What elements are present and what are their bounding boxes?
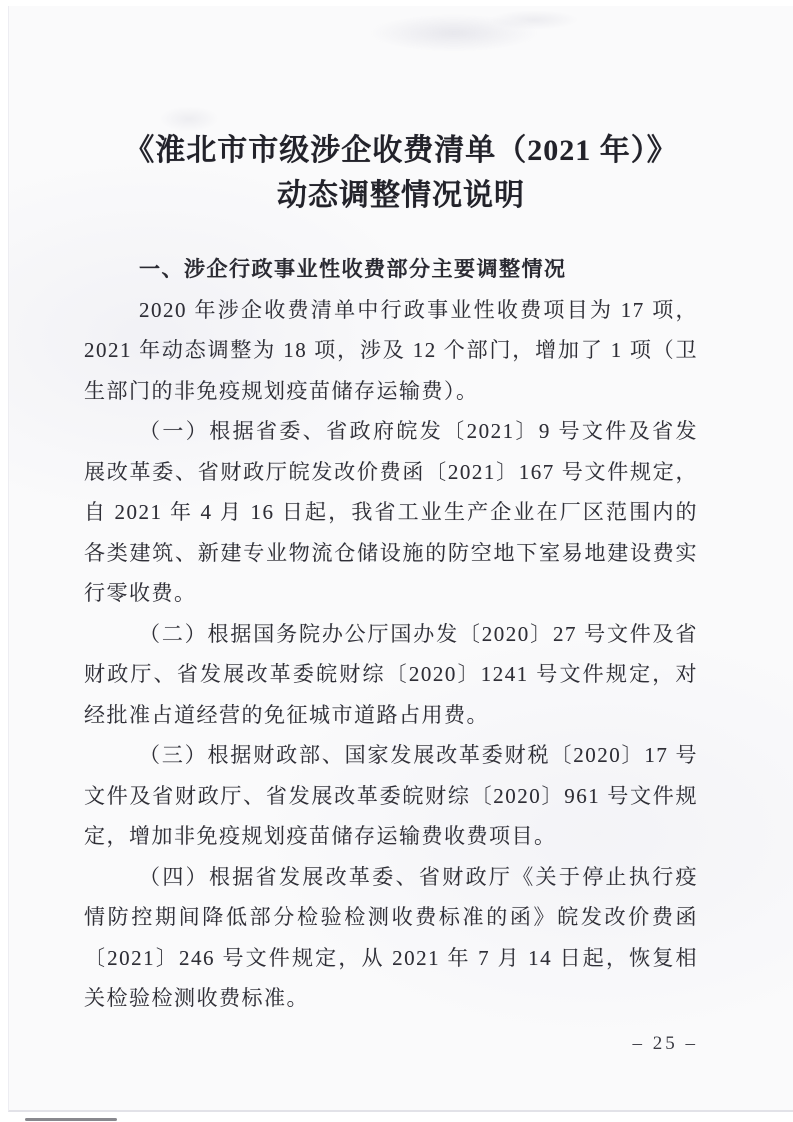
scanned-page: 《淮北市市级涉企收费清单（2021 年）》 动态调整情况说明 一、涉企行政事业性… [8,6,793,1112]
section-heading: 一、涉企行政事业性收费部分主要调整情况 [84,249,698,290]
paragraph-item-4: （四）根据省发展改革委、省财政厅《关于停止执行疫情防控期间降低部分检验检测收费标… [84,857,698,1019]
paragraph-item-2: （二）根据国务院办公厅国办发〔2020〕27 号文件及省财政厅、省发展改革委皖财… [84,614,698,736]
page-number: – 25 – [84,1033,698,1055]
scan-smudge-top-right [489,10,579,30]
document-title-line-1: 《淮北市市级涉企收费清单（2021 年）》 [49,128,753,173]
paragraph-item-3: （三）根据财政部、国家发展改革委财税〔2020〕17 号文件及省财政厅、省发展改… [84,735,698,857]
document-title: 《淮北市市级涉企收费清单（2021 年）》 动态调整情况说明 [49,128,753,218]
paragraph-overview: 2020 年涉企收费清单中行政事业性收费项目为 17 项，2021 年动态调整为… [84,290,698,412]
scan-edge-artifact [25,1118,117,1121]
scan-smudge-top [369,14,539,52]
document-title-line-2: 动态调整情况说明 [49,173,753,218]
document-body: 一、涉企行政事业性收费部分主要调整情况 2020 年涉企收费清单中行政事业性收费… [84,249,698,1019]
paragraph-item-1: （一）根据省委、省政府皖发〔2021〕9 号文件及省发展改革委、省财政厅皖发改价… [84,411,698,614]
